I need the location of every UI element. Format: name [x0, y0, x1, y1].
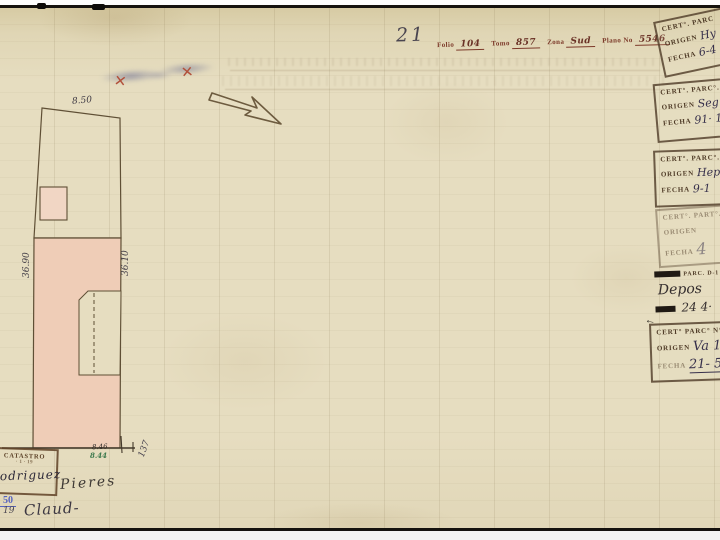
building-cutout-outline — [79, 291, 121, 375]
stamp-print-fragment: PARC. D-1 — [683, 270, 719, 277]
scan-bottom-margin — [0, 531, 720, 540]
red-cross-mark-icon: ✕ — [180, 62, 194, 81]
bleed-through-rule — [230, 70, 660, 71]
tomo-value: 857 — [512, 37, 540, 49]
fecha-label: FECHA — [663, 117, 692, 127]
dimension-right-side: 36.10 — [121, 250, 131, 276]
fecha-value: 91· 1a — [694, 111, 720, 127]
page-number: 21 — [396, 23, 427, 46]
cert-parc-stamp: CERT°. PARC°. N ORIGENHep FECHA9-1 — [653, 147, 720, 207]
origen-value: Hy — [699, 26, 717, 42]
direction-arrow-icon — [205, 88, 300, 143]
redaction-bar — [655, 306, 675, 313]
folio-value: 104 — [456, 39, 484, 51]
small-building-outline — [40, 187, 67, 220]
stamp-title: CERT°. PARC°. N — [660, 153, 720, 164]
fecha-value: 4 — [696, 239, 707, 259]
dimension-bottom-corrected-green: 8.44 — [90, 451, 107, 460]
handwritten-note: Depos — [658, 281, 703, 299]
edge-ink-dot — [37, 3, 46, 9]
cert-parc-stamp: CERT°. PARC°. ORIGENSeg. FECHA91· 1a — [653, 76, 720, 143]
fecha-label: FECHA — [657, 362, 686, 371]
catastro-subline: · 1 · 19 — [0, 459, 56, 466]
origen-label: ORIGEN — [657, 343, 690, 352]
boundary-tick — [121, 436, 122, 453]
inspector-signature: odriguez — [0, 467, 61, 483]
fecha-label: FECHA — [667, 50, 697, 64]
zona-label: Zona — [547, 38, 564, 46]
corner-number: 19 — [3, 506, 14, 516]
origen-value: Va 1 — [693, 338, 720, 354]
handwritten-surname: Claud- — [24, 499, 80, 520]
zona-value: Sud — [566, 36, 595, 48]
red-cross-mark-icon: ✕ — [113, 71, 128, 91]
catastro-office-stamp: CATASTRO · 1 · 19 odriguez — [0, 447, 59, 496]
stamp-title: CERT° PARC° N° — [656, 325, 720, 336]
origen-value: Hep — [697, 165, 720, 179]
origen-value — [699, 223, 700, 236]
parcel-plan-drawing — [0, 96, 160, 476]
fecha-value: 6-4 — [698, 43, 718, 59]
scanned-cadastral-plan-page: 21 Folio 104 Tomo 857 Zona Sud Plano No … — [0, 0, 720, 540]
fecha-value: 9-1 — [693, 182, 711, 196]
scan-top-border — [0, 5, 720, 8]
fecha-label: FECHA — [661, 185, 690, 194]
folio-label: Folio — [437, 41, 454, 49]
origen-label: ORIGEN — [661, 101, 695, 112]
redaction-bar — [654, 271, 680, 278]
cert-parc-stamp-faint: CERT°. PART°. ORIGEN FECHA4 — [655, 203, 720, 268]
dimension-left-side: 36.90 — [22, 252, 32, 278]
plano-label: Plano No — [602, 36, 633, 45]
origen-value: Seg. — [697, 95, 720, 110]
handwritten-date: 24 4· — [681, 300, 712, 315]
redacted-stamp: PARC. D-1 Depos 24 4· ← — [649, 264, 720, 322]
edge-ink-dot — [92, 4, 105, 10]
origen-label: ORIGEN — [663, 226, 697, 236]
origen-label: ORIGEN — [661, 169, 694, 178]
fecha-value: 21- 5 — [689, 356, 720, 373]
tomo-label: Tomo — [491, 39, 510, 47]
cert-parc-stamp: CERT° PARC° N° ORIGENVa 1 FECHA21- 5 — [649, 320, 720, 382]
fecha-label: FECHA — [665, 248, 694, 258]
dimension-top: 8.50 — [72, 95, 93, 107]
stamp-title: CERT°. PART°. — [662, 208, 720, 221]
